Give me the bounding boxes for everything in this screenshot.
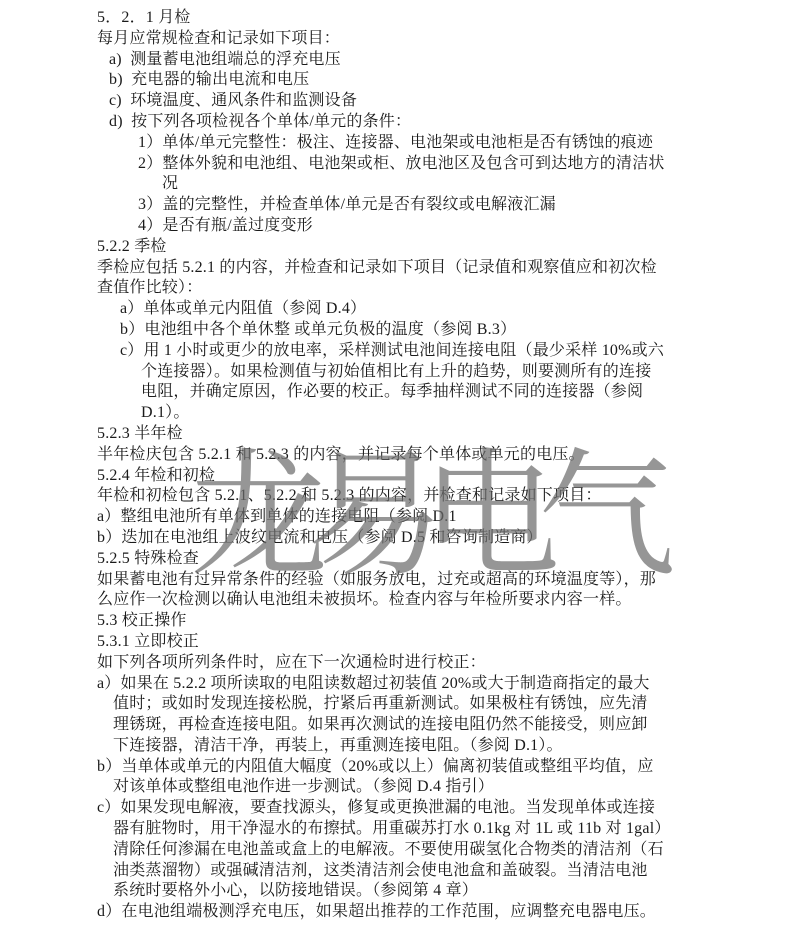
text-line: a）整组电池所有单体到单体的连接电阻（参阅 D.1 (0, 507, 793, 528)
text-line: a）如果在 5.2.2 项所读取的电阻读数超过初装值 20%或大于制造商指定的最… (0, 674, 793, 695)
text-line: b）当单体或单元的内阻值大幅度（20%或以上）偏离初装值或整组平均值，应 (0, 757, 793, 778)
text-line: c）用 1 小时或更少的放电率，采样测试电池间连接电阻（最少采样 10%或六 (0, 341, 793, 362)
text-line: 1）单体/单元完整性：极注、连接器、电池架或电池柜是否有锈蚀的痕迹 (0, 133, 793, 154)
text-line: 2）整体外貌和电池组、电池架或柜、放电池区及包含可到达地方的清洁状 (0, 154, 793, 175)
text-line: a) 测量蓄电池组端总的浮充电压 (0, 50, 793, 71)
text-line: c) 环境温度、通风条件和监测设备 (0, 91, 793, 112)
text-line: 5.2.4 年检和初检 (0, 466, 793, 487)
text-line: c）如果发现电解液，要查找源头，修复或更换泄漏的电池。当发现单体或连接 (0, 798, 793, 819)
text-line: 5.2.2 季检 (0, 237, 793, 258)
text-line: d）在电池组端极测浮充电压，如果超出推荐的工作范围，应调整充电器电压。 (0, 902, 793, 923)
text-line: 5.3.1 立即校正 (0, 632, 793, 653)
text-line: 下连接器，清洁干净，再装上，再重测连接电阻。（参阅 D.1）。 (0, 736, 793, 757)
text-line: 器有脏物时，用干净湿水的布擦拭。用重碳苏打水 0.1kg 对 1L 或 11b … (0, 819, 793, 840)
text-line: b）电池组中各个单休整 或单元负极的温度（参阅 B.3） (0, 320, 793, 341)
text-line: 每月应常规检查和记录如下项目： (0, 29, 793, 50)
text-line: 5.2.3 半年检 (0, 424, 793, 445)
document-content: 5．2．1 月检每月应常规检查和记录如下项目：a) 测量蓄电池组端总的浮充电压b… (0, 8, 793, 923)
document-page: 龙易电气 5．2．1 月检每月应常规检查和记录如下项目：a) 测量蓄电池组端总的… (0, 0, 793, 930)
text-line: 季检应包括 5.2.1 的内容，并检查和记录如下项目（记录值和观察值应和初次检 (0, 258, 793, 279)
text-line: 如下列各项所列条件时，应在下一次通检时进行校正： (0, 653, 793, 674)
text-line: 如果蓄电池有过异常条件的经验（如服务放电，过充或超高的环境温度等），那 (0, 570, 793, 591)
text-line: 个连接器）。如果检测值与初始值相比有上升的趋势，则要测所有的连接 (0, 362, 793, 383)
text-line: 况 (0, 174, 793, 195)
text-line: b) 充电器的输出电流和电压 (0, 70, 793, 91)
text-line: 么应作一次检测以确认电池组未被损坏。检查内容与年检所要求内容一样。 (0, 590, 793, 611)
text-line: 系统时要格外小心，以防接地错误。（参阅第 4 章） (0, 881, 793, 902)
text-line: 电阻，并确定原因，作必要的校正。每季抽样测试不同的连接器（参阅 (0, 382, 793, 403)
text-line: 清除任何渗漏在电池盖或盒上的电解液。不要使用碳氢化合物类的清洁剂（石 (0, 840, 793, 861)
text-line: d) 按下列各项检视各个单体/单元的条件： (0, 112, 793, 133)
text-line: a）单体或单元内阻值（参阅 D.4） (0, 299, 793, 320)
text-line: 半年检庆包含 5.2.1 和 5.2.3 的内容，并记录每个单体或单元的电压。 (0, 445, 793, 466)
text-line: 值时；或如时发现连接松脱，拧紧后再重新测试。如果极柱有锈蚀，应先清 (0, 694, 793, 715)
text-line: 年检和初检包含 5.2.1、5.2.2 和 5.2.3 的内容，并检查和记录如下… (0, 486, 793, 507)
text-line: 查值作比较）： (0, 278, 793, 299)
text-line: D.1）。 (0, 403, 793, 424)
text-line: 对该单体或整组电池作进一步测试。（参阅 D.4 指引） (0, 777, 793, 798)
text-line: 理锈斑，再检查连接电阻。如果再次测试的连接电阻仍然不能接受，则应卸 (0, 715, 793, 736)
text-line: 4）是否有瓶/盖过度变形 (0, 216, 793, 237)
text-line: 5．2．1 月检 (0, 8, 793, 29)
text-line: 5.3 校正操作 (0, 611, 793, 632)
text-line: 3）盖的完整性，并检查单体/单元是否有裂纹或电解液汇漏 (0, 195, 793, 216)
text-line: 5.2.5 特殊检查 (0, 549, 793, 570)
text-line: 油类蒸溜物）或强碱清洁剂，这类清洁剂会使电池盒和盖破裂。当清洁电池 (0, 861, 793, 882)
text-line: b）迭加在电池组上波纹电流和电压（参阅 D.5 和咨询制造商） (0, 528, 793, 549)
